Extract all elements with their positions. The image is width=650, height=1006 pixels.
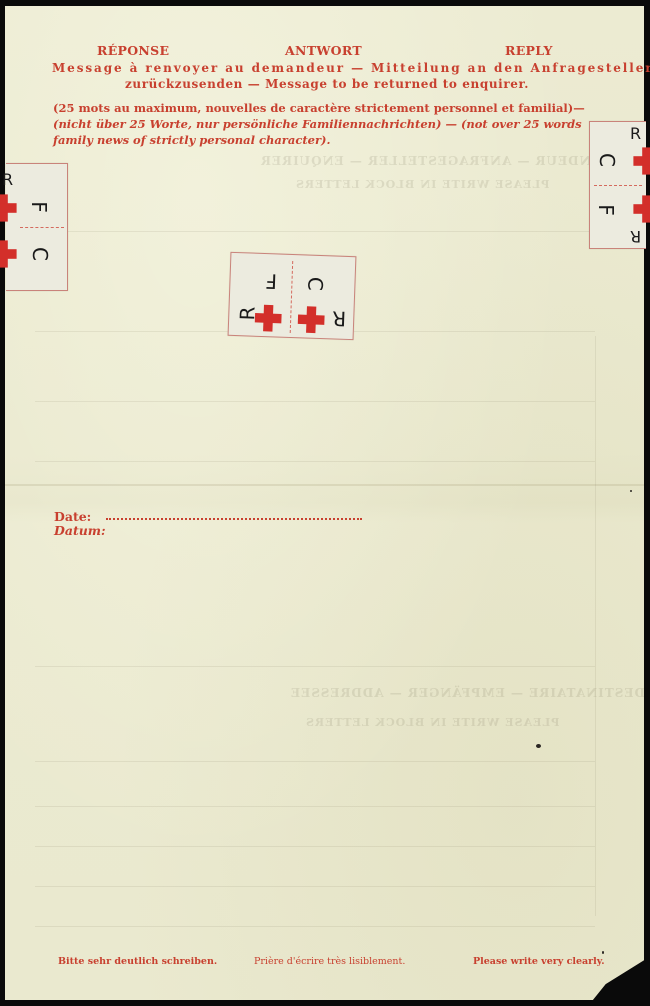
return-instruction-line2: zurückzusenden — Message to be returned … (125, 77, 529, 91)
label-perforation (20, 227, 64, 228)
red-cross-icon (633, 147, 650, 174)
title-en: REPLY (505, 43, 553, 58)
show-through-top-heading: DEMANDEUR — ANFRAGESTELLER — ENQUIRER (260, 154, 637, 168)
red-cross-icon (0, 240, 17, 267)
word-limit-en-cont: family news of strictly personal charact… (53, 133, 330, 147)
word-limit-de-en: (nicht über 25 Worte, nur persönliche Fa… (53, 117, 582, 131)
show-through-rule (35, 886, 595, 887)
footer-de: Bitte sehr deutlich schreiben. (58, 956, 217, 967)
title-de: ANTWORT (285, 43, 362, 58)
word-limit-fr: (25 mots au maximum, nouvelles de caract… (53, 101, 585, 115)
return-instruction-line1: Message à renvoyer au demandeur — Mittei… (52, 61, 650, 75)
date-label: Date: (54, 509, 91, 524)
label-letter-r: R (630, 228, 641, 244)
datum-label: Datum: (54, 523, 106, 538)
censor-label-center: F R C R (228, 252, 357, 340)
paper-fold (5, 484, 644, 486)
paper-blemish (536, 744, 541, 748)
footer-en: Please write very clearly. (473, 956, 605, 967)
label-perforation (594, 185, 642, 186)
show-through-rule (35, 846, 595, 847)
label-letter-f: F (29, 201, 49, 213)
label-letter-c: C (305, 276, 325, 291)
label-perforation (290, 261, 294, 333)
censor-label-left: R F C (6, 163, 68, 291)
label-letter-f: F (596, 204, 616, 216)
show-through-rule (35, 926, 595, 927)
label-letter-f: F (265, 271, 277, 291)
paper-blemish (602, 951, 604, 954)
paper-blemish (630, 490, 632, 492)
label-letter-c: C (597, 153, 617, 167)
show-through-rule (35, 401, 595, 402)
show-through-top-sub: PLEASE WRITE IN BLOCK LETTERS (295, 178, 549, 191)
show-through-rule (35, 666, 595, 667)
show-through-rule (35, 761, 595, 762)
title-fr: RÉPONSE (97, 43, 169, 58)
label-letter-r: R (2, 172, 13, 188)
red-cross-icon (633, 195, 650, 222)
label-letter-r: R (332, 308, 347, 328)
footer-fr: Prière d'écrire très lisiblement. (254, 956, 405, 967)
red-cross-icon (297, 306, 324, 333)
censor-label-right: R C F R (589, 121, 646, 249)
show-through-rule (35, 461, 595, 462)
red-cross-icon (254, 304, 281, 331)
form-sheet: DEMANDEUR — ANFRAGESTELLER — ENQUIRER PL… (5, 6, 644, 1000)
show-through-bottom-heading: DESTINATAIRE — EMPFÄNGER — ADDRESSEE (290, 686, 645, 700)
show-through-margin (595, 336, 596, 916)
show-through-rule (35, 806, 595, 807)
show-through-bottom-sub: PLEASE WRITE IN BLOCK LETTERS (305, 716, 559, 729)
label-letter-r: R (630, 126, 641, 142)
date-input-line[interactable] (106, 518, 362, 520)
label-letter-c: C (30, 247, 50, 261)
red-cross-icon (0, 194, 17, 221)
show-through-rule (35, 231, 595, 232)
